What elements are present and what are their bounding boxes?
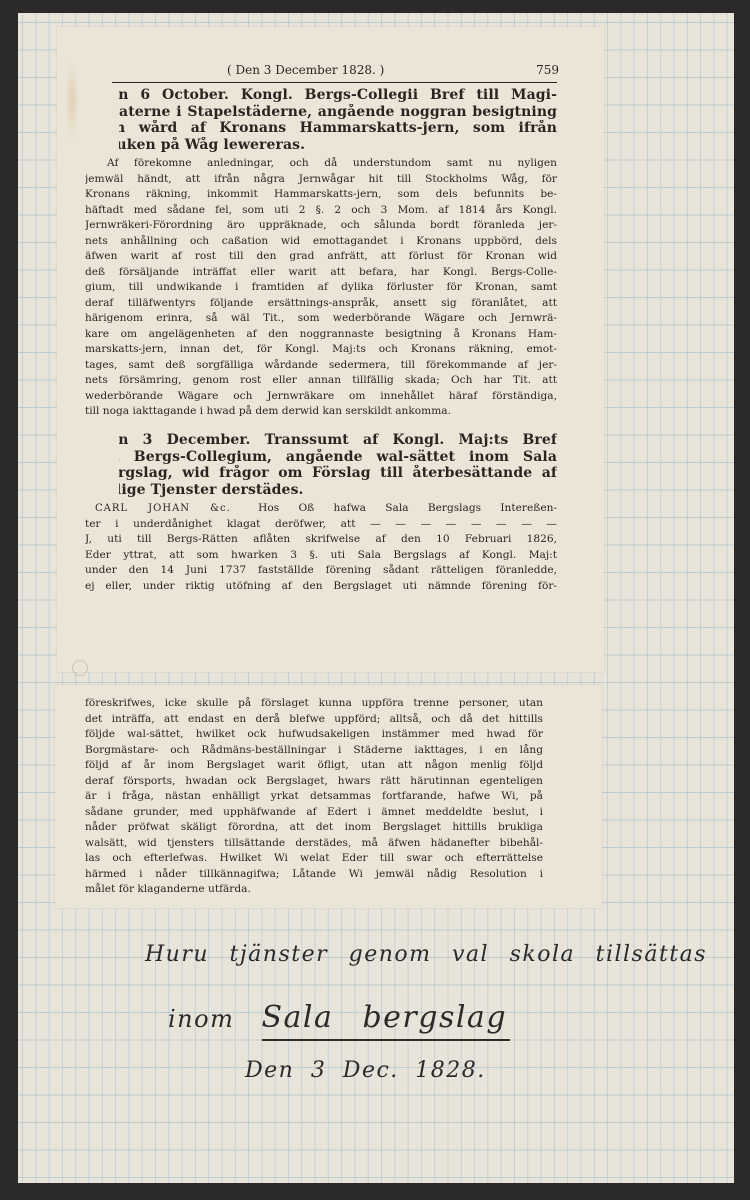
body-line: nets anhållning och caßation wid emottag…: [85, 234, 557, 250]
body-line: gium, till undwikande i framtiden af dyl…: [85, 280, 557, 296]
body-line: tages, samt deß sorgfälliga wårdande sed…: [85, 358, 557, 374]
body-line: till noga iakttagande i hwad på dem derw…: [85, 404, 557, 420]
page-number: 759: [536, 63, 559, 77]
body-line: sådane grunder, med upphäfwande af Edert…: [85, 805, 543, 821]
handwritten-place-name: Sala bergslag: [261, 1000, 507, 1035]
body-line: härigenom erinra, så wäl Tit., som weder…: [85, 311, 557, 327]
body-line: är i fråga, nästan enhälligt yrkat detsa…: [85, 789, 543, 805]
heading-line: Bergslag, wid frågor om Förslag till åte…: [119, 465, 557, 482]
body-line: Kronans räkning, inkommit Hammarskatts-j…: [85, 187, 557, 203]
body-line: J, uti till Bergs-Rätten aflåten skrifwe…: [85, 532, 557, 548]
handwritten-place: inom Sala bergslag: [168, 1000, 507, 1035]
body-line: målet för klaganderne utfärda.: [85, 882, 543, 898]
body-line: kare om angelägenheten af den noggrannas…: [85, 327, 557, 343]
handwritten-title: Huru tjänster genom val skola tillsättas: [145, 942, 707, 967]
body-line: Af förekomne anledningar, och då underst…: [85, 156, 557, 172]
running-head: ( Den 3 December 1828. ) 759: [112, 61, 557, 83]
heading-line: till Bergs-Collegium, angående wal-sätte…: [119, 449, 557, 466]
paper-stain-ring: [72, 660, 88, 676]
body-line: under den 14 Juni 1737 fastställde fören…: [85, 563, 557, 579]
body-line: deraf försports, hwadan ock Bergslaget, …: [85, 774, 543, 790]
body-line: walsätt, wid tjensters tillsättande ders…: [85, 836, 543, 852]
body-line: nets försämring, genom rost eller annan …: [85, 373, 557, 389]
running-head-date: ( Den 3 December 1828. ): [227, 63, 384, 77]
body-line: det inträffa, att endast en derå blefwe …: [85, 712, 543, 728]
body-line: deraf tilläfwentyrs följande ersättnings…: [85, 296, 557, 312]
body-line: härmed i nåder tillkännagifwa; Låtande W…: [85, 867, 543, 883]
body-line: ter i underdånighet klagat deröfwer, att…: [85, 517, 557, 533]
body-line: följde wal-sättet, hwilket ock hufwudsak…: [85, 727, 543, 743]
body-line: föreskrifwes, icke skulle på förslaget k…: [85, 696, 543, 712]
body-line: nåder pröfwat skäligt förordna, att det …: [85, 820, 543, 836]
body-line: häftadt med sådane fel, som uti 2 §. 2 o…: [85, 203, 557, 219]
body-line: marskatts-jern, innan det, för Kongl. Ma…: [85, 342, 557, 358]
body-line: ej eller, under riktig utöfning af den B…: [85, 579, 557, 595]
body-line: Jernwräkeri-Förordning äro uppräknade, o…: [85, 218, 557, 234]
entry-heading: Den 6 October. Kongl. Bergs-Collegii Bre…: [97, 87, 557, 153]
paper-stain: [65, 62, 79, 142]
body-line: deß försäljande inträffat eller warit at…: [85, 265, 557, 281]
body-line: Hos Oß hafwa Sala Bergslags Intereßen-: [258, 502, 557, 514]
heading-line: ledige Tjenster derstädes.: [119, 482, 557, 499]
entry-body: CARL JOHAN &c. Hos Oß hafwa Sala Bergsla…: [85, 501, 557, 594]
handwritten-date: Den 3 Dec. 1828.: [245, 1058, 486, 1083]
heading-line: och wård af Kronans Hammarskatts-jern, s…: [119, 120, 557, 137]
entry-heading: Den 3 December. Transsumt af Kongl. Maj:…: [97, 432, 557, 498]
heading-line: Bruken på Wåg lewereras.: [119, 137, 557, 154]
handwritten-underline: [262, 1039, 510, 1041]
body-line: Borgmästare- och Rådmäns-beställningar i…: [85, 743, 543, 759]
entry-6-october: Den 6 October. Kongl. Bergs-Collegii Bre…: [97, 87, 557, 420]
handwritten-prefix: inom: [168, 1005, 234, 1033]
entry-3-december: Den 3 December. Transsumt af Kongl. Maj:…: [97, 432, 557, 594]
body-line: Eder yttrat, att som hwarken 3 §. uti Sa…: [85, 548, 557, 564]
entry-body: Af förekomne anledningar, och då underst…: [85, 156, 557, 420]
body-line: wederbörande Wägare och Jernwräkare om i…: [85, 389, 557, 405]
body-line: äfwen warit af rost till den grad anfrät…: [85, 249, 557, 265]
body-line: följd af år inom Bergslaget warit öfligt…: [85, 758, 543, 774]
heading-line: straterne i Stapelstäderne, angående nog…: [119, 104, 557, 121]
body-line: jemwäl händt, att ifrån några Jernwågar …: [85, 172, 557, 188]
newspaper-clipping-1: ( Den 3 December 1828. ) 759 Den 6 Octob…: [57, 27, 604, 672]
heading-line: Den 6 October. Kongl. Bergs-Collegii Bre…: [119, 87, 557, 104]
heading-line: Den 3 December. Transsumt af Kongl. Maj:…: [119, 432, 557, 449]
newspaper-clipping-2: föreskrifwes, icke skulle på förslaget k…: [55, 685, 602, 908]
continuation-body: föreskrifwes, icke skulle på förslaget k…: [85, 696, 543, 898]
body-line: las och efterlefwas. Hwilket Wi welat Ed…: [85, 851, 543, 867]
salutation: CARL JOHAN &c.: [95, 503, 231, 514]
